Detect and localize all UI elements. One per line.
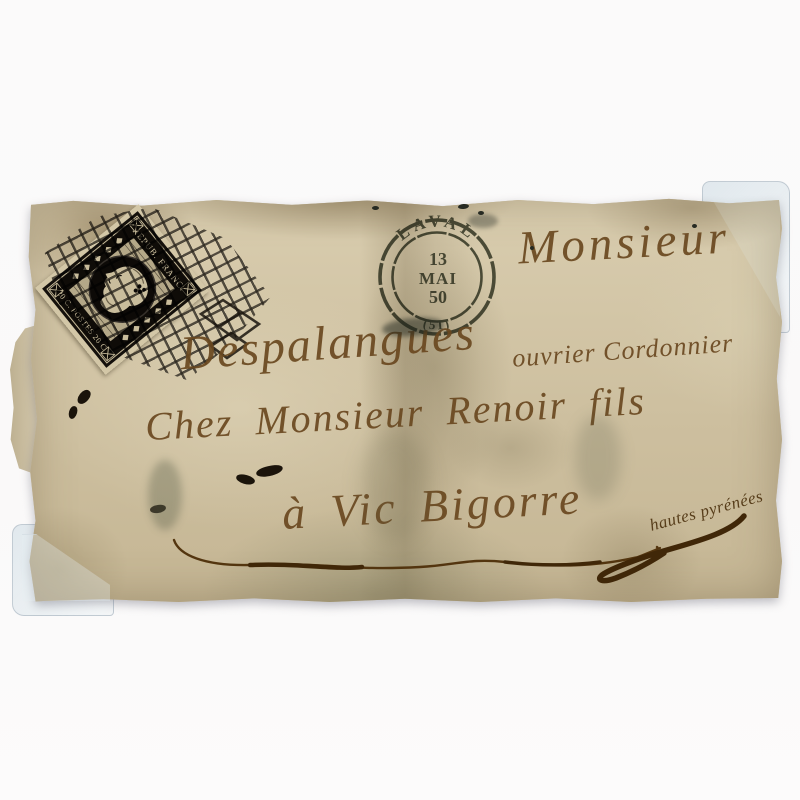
address-line-monsieur: Monsieur [517, 214, 731, 272]
ink-speck [478, 211, 484, 215]
ink-speck [692, 224, 697, 228]
ink-speck [530, 246, 534, 250]
postmark-town: LAVAL [393, 212, 481, 244]
postmark-year: 50 [429, 287, 447, 307]
postmark-day: 13 [429, 249, 447, 269]
postmark-month: MAI [419, 269, 457, 288]
photo-of-antique-letter: REPUB. FRANC. 20 C. POSTES 20 C. [0, 0, 800, 800]
svg-text:LAVAL: LAVAL [393, 212, 481, 244]
ink-speck [372, 206, 379, 210]
